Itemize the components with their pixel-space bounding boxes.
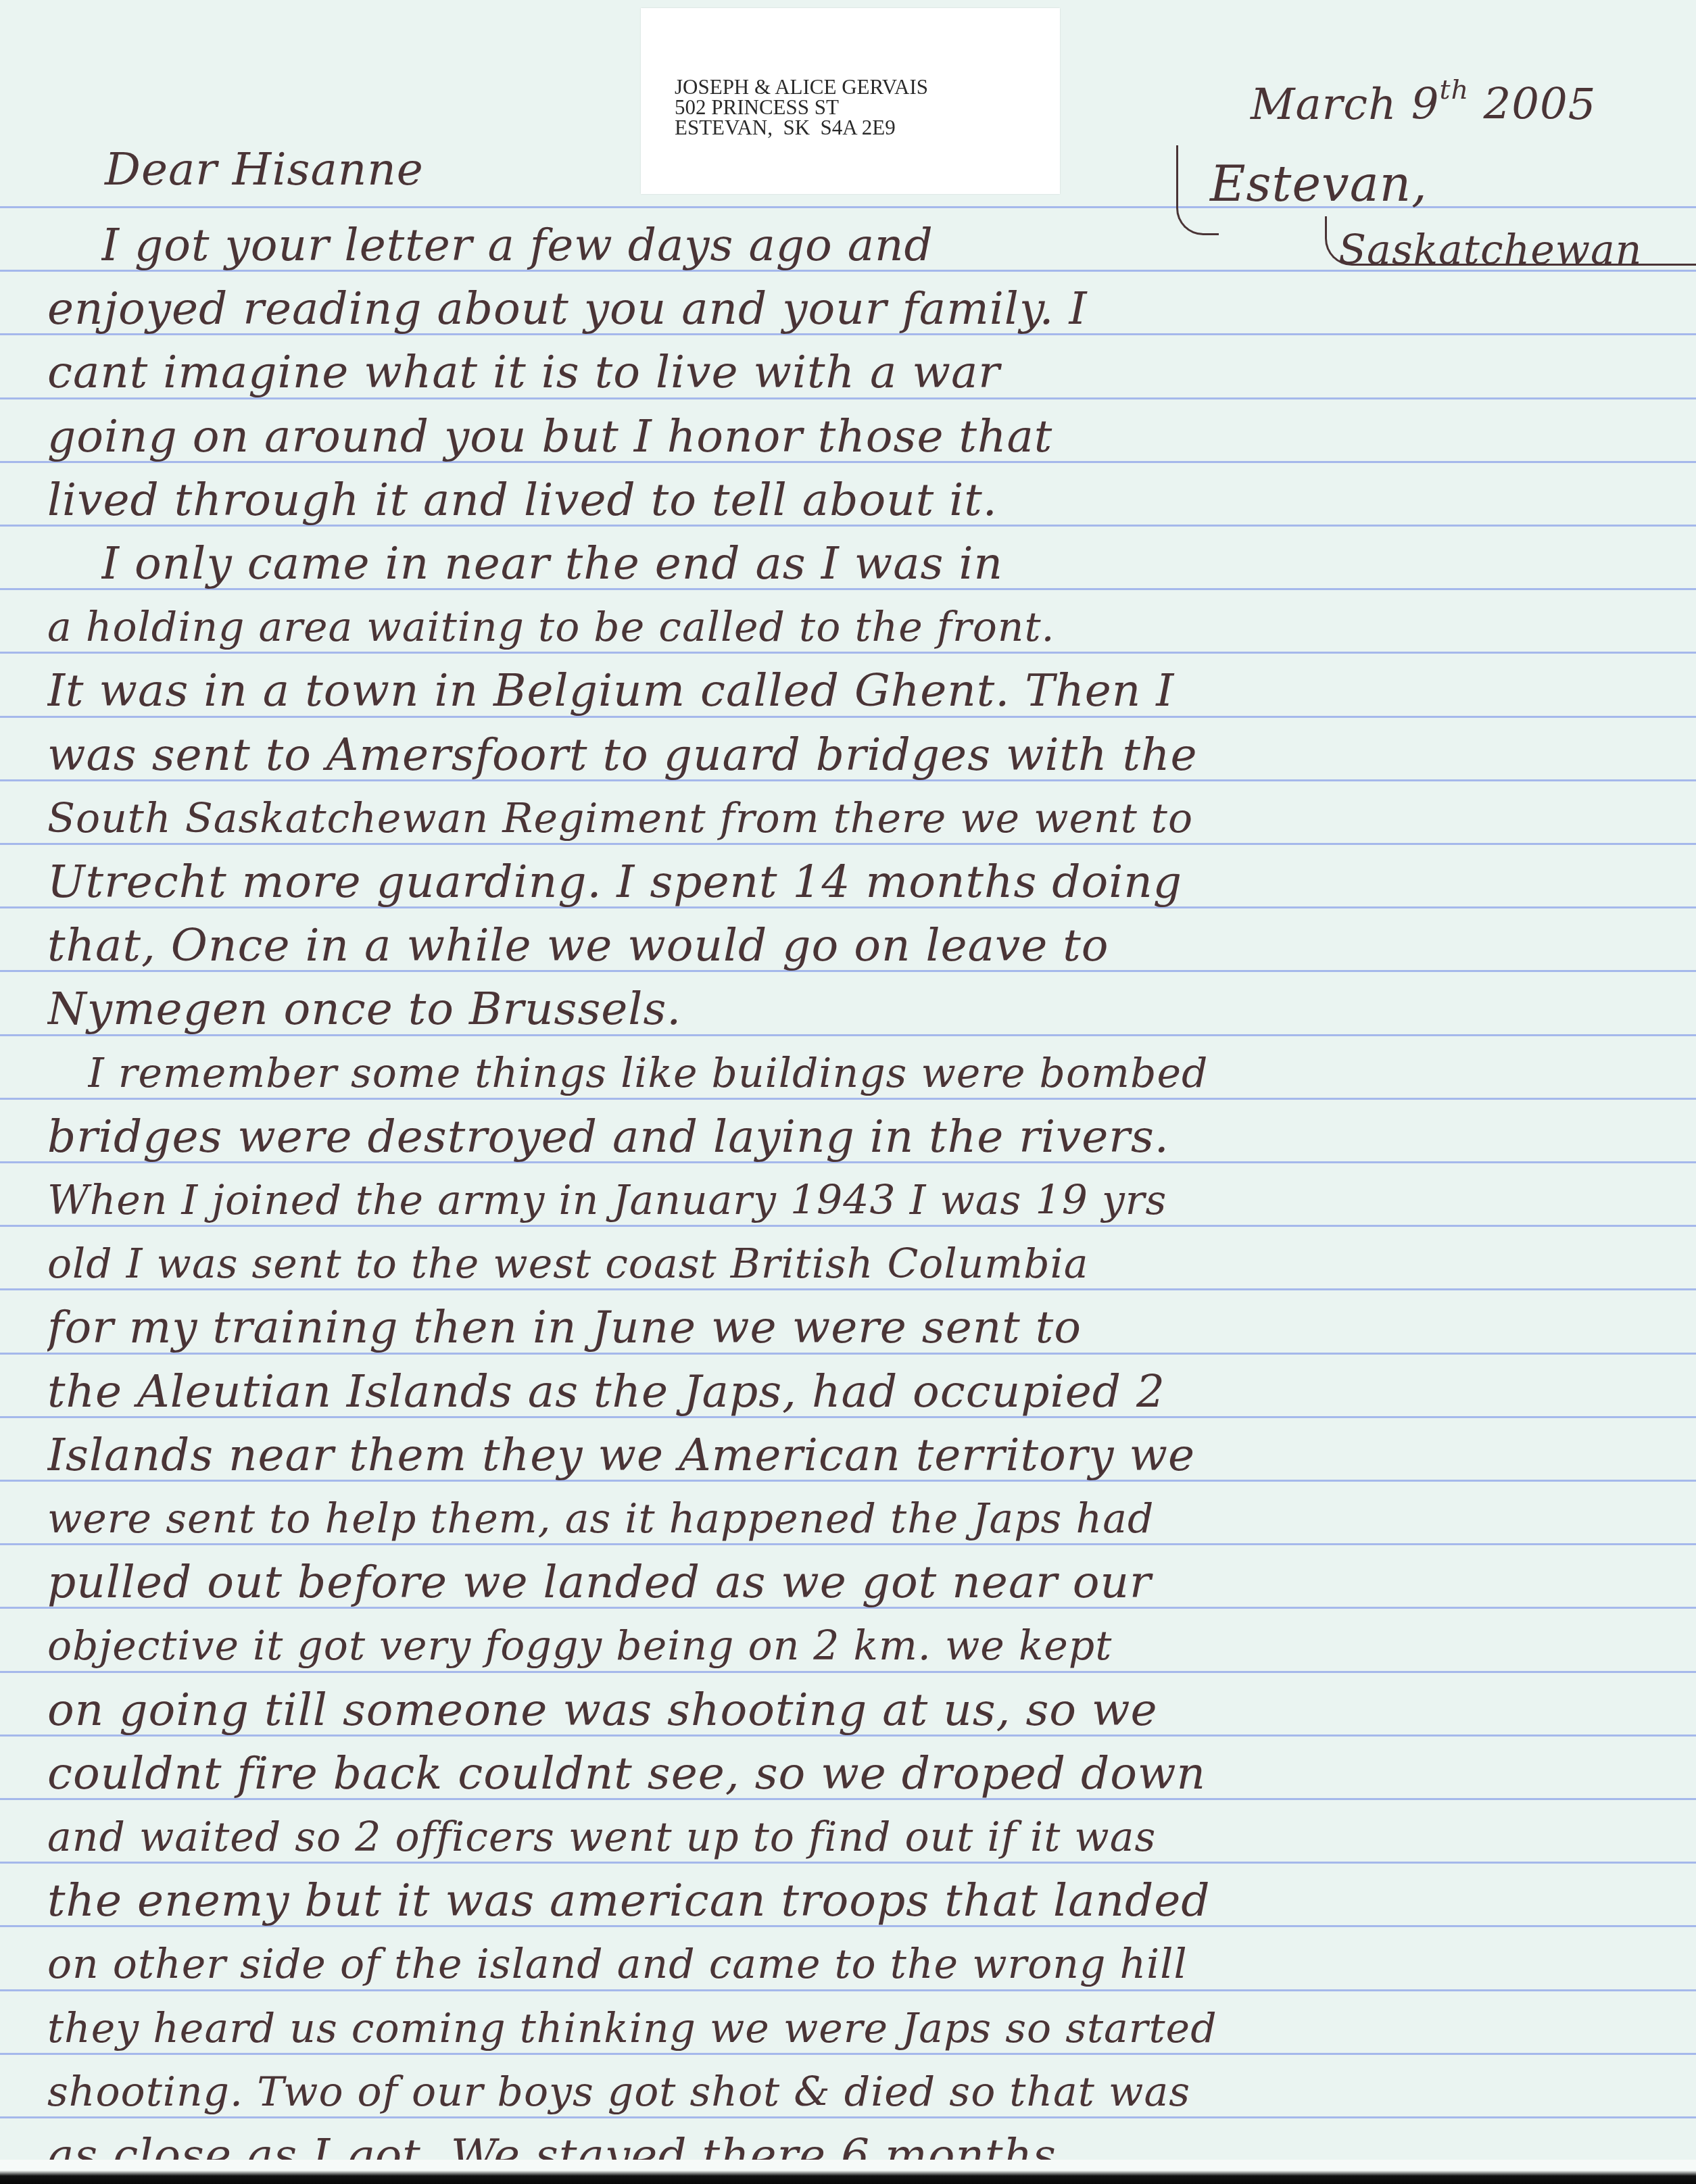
scan-edge (0, 2160, 1696, 2184)
letter-line: cant imagine what it is to live with a w… (47, 342, 1690, 403)
salutation: Dear Hisanne (105, 143, 424, 195)
letter-line: South Saskatchewan Regiment from there w… (47, 788, 1690, 849)
letter-line: on other side of the island and came to … (47, 1934, 1690, 1995)
letter-date: March 9th 2005 (1251, 74, 1596, 130)
letter-line: the enemy but it was american troops tha… (47, 1870, 1690, 1931)
letter-line: couldnt fire back couldnt see, so we dro… (47, 1743, 1690, 1804)
letter-line: Nymegen once to Brussels. (47, 979, 1690, 1040)
letter-line: I got your letter a few days ago and (101, 215, 1696, 276)
letter-line: It was in a town in Belgium called Ghent… (47, 660, 1690, 721)
letter-line: shooting. Two of our boys got shot & die… (47, 2062, 1690, 2122)
return-address-name: JOSEPH & ALICE GERVAIS (675, 77, 928, 97)
return-address-label: JOSEPH & ALICE GERVAIS 502 PRINCESS ST E… (641, 8, 1060, 194)
letter-line: old I was sent to the west coast British… (47, 1234, 1690, 1294)
date-month-day: March 9 (1251, 80, 1439, 130)
letter-line: going on around you but I honor those th… (47, 406, 1690, 467)
letter-line: Utrecht more guarding. I spent 14 months… (47, 852, 1690, 913)
letter-line: lived through it and lived to tell about… (47, 470, 1690, 531)
letter-line: the Aleutian Islands as the Japs, had oc… (47, 1361, 1690, 1422)
rule-line (0, 206, 1696, 208)
letter-line: a holding area waiting to be called to t… (47, 597, 1690, 658)
letter-line: When I joined the army in January 1943 I… (47, 1170, 1690, 1231)
return-address-text: JOSEPH & ALICE GERVAIS 502 PRINCESS ST E… (675, 77, 928, 138)
letter-line: on going till someone was shooting at us… (47, 1680, 1690, 1741)
date-year: 2005 (1484, 80, 1597, 130)
letter-line: was sent to Amersfoort to guard bridges … (47, 725, 1690, 785)
letter-line: and waited so 2 officers went up to find… (47, 1807, 1690, 1868)
letter-line: I remember some things like buildings we… (88, 1043, 1696, 1104)
return-address-city: ESTEVAN, SK S4A 2E9 (675, 118, 928, 138)
letter-line: pulled out before we landed as we got ne… (47, 1552, 1690, 1613)
letter-line: I only came in near the end as I was in (101, 533, 1696, 594)
letter-line: objective it got very foggy being on 2 k… (47, 1616, 1690, 1676)
letter-line: Islands near them they we American terri… (47, 1425, 1690, 1486)
letter-line: enjoyed reading about you and your famil… (47, 278, 1690, 339)
return-address-street: 502 PRINCESS ST (675, 97, 928, 118)
date-ordinal: th (1439, 74, 1469, 105)
letter-line: that, Once in a while we would go on lea… (47, 915, 1690, 976)
letter-line: they heard us coming thinking we were Ja… (47, 1998, 1690, 2059)
lined-paper: JOSEPH & ALICE GERVAIS 502 PRINCESS ST E… (0, 0, 1696, 2163)
letter-line: bridges were destroyed and laying in the… (47, 1107, 1690, 1167)
letter-line: for my training then in June we were sen… (47, 1297, 1690, 1358)
place-city: Estevan, (1210, 155, 1428, 212)
letter-line: were sent to help them, as it happened t… (47, 1488, 1690, 1549)
